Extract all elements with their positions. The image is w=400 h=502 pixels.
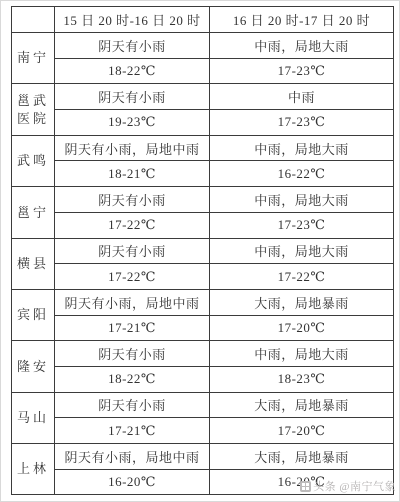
weather-cell: 阴天有小雨，局地中雨 xyxy=(55,444,210,470)
weather-cell: 中雨，局地大雨 xyxy=(210,33,394,59)
temp-cell: 17-22℃ xyxy=(210,264,394,290)
temp-cell: 16-20℃ xyxy=(55,469,210,495)
location-nanning: 南宁 xyxy=(12,33,55,84)
weather-cell: 中雨，局地大雨 xyxy=(210,341,394,367)
weather-cell: 阴天有小雨，局地中雨 xyxy=(55,135,210,161)
temp-cell: 17-23℃ xyxy=(210,58,394,84)
temp-cell: 16-22℃ xyxy=(210,161,394,187)
weather-cell: 阴天有小雨 xyxy=(55,238,210,264)
location-yongning: 邕宁 xyxy=(12,187,55,238)
weather-cell: 阴天有小雨 xyxy=(55,392,210,418)
temp-cell: 17-20℃ xyxy=(210,418,394,444)
location-shanglin: 上林 xyxy=(12,444,55,495)
table-row: 邕宁 阴天有小雨 中雨，局地大雨 xyxy=(12,187,394,213)
table-row: 18-22℃ 18-23℃ xyxy=(12,366,394,392)
weather-cell: 大雨，局地暴雨 xyxy=(210,444,394,470)
weather-cell: 阴天有小雨 xyxy=(55,33,210,59)
location-yongwu-hospital: 邕武医院 xyxy=(12,84,55,135)
temp-cell: 18-22℃ xyxy=(55,58,210,84)
temp-cell: 17-21℃ xyxy=(55,315,210,341)
weather-forecast-table: 15 日 20 时-16 日 20 时 16 日 20 时-17 日 20 时 … xyxy=(11,6,394,495)
weather-cell: 中雨，局地大雨 xyxy=(210,238,394,264)
table-row: 17-21℃ 17-20℃ xyxy=(12,418,394,444)
table-row: 武鸣 阴天有小雨，局地中雨 中雨，局地大雨 xyxy=(12,135,394,161)
temp-cell: 17-22℃ xyxy=(55,212,210,238)
table-row: 18-22℃ 17-23℃ xyxy=(12,58,394,84)
watermark: 头条 @南宁气象 xyxy=(300,478,396,494)
weather-cell: 阴天有小雨，局地中雨 xyxy=(55,289,210,315)
watermark-text: 头条 @南宁气象 xyxy=(313,478,396,494)
toutiao-logo-icon xyxy=(300,481,311,492)
location-binyang: 宾阳 xyxy=(12,289,55,340)
location-longan: 隆安 xyxy=(12,341,55,392)
temp-cell: 17-20℃ xyxy=(210,315,394,341)
table-row: 17-22℃ 17-22℃ xyxy=(12,264,394,290)
weather-cell: 阴天有小雨 xyxy=(55,341,210,367)
temp-cell: 17-22℃ xyxy=(55,264,210,290)
weather-cell: 大雨，局地暴雨 xyxy=(210,392,394,418)
table-row: 17-21℃ 17-20℃ xyxy=(12,315,394,341)
temp-cell: 18-23℃ xyxy=(210,366,394,392)
header-corner-cell xyxy=(12,7,55,33)
location-wuming: 武鸣 xyxy=(12,135,55,186)
weather-cell: 中雨 xyxy=(210,84,394,110)
table-row: 邕武医院 阴天有小雨 中雨 xyxy=(12,84,394,110)
temp-cell: 18-21℃ xyxy=(55,161,210,187)
table-row: 17-22℃ 17-23℃ xyxy=(12,212,394,238)
table-row: 马山 阴天有小雨 大雨，局地暴雨 xyxy=(12,392,394,418)
temp-cell: 18-22℃ xyxy=(55,366,210,392)
location-hengxian: 横县 xyxy=(12,238,55,289)
table-row: 隆安 阴天有小雨 中雨，局地大雨 xyxy=(12,341,394,367)
table-row: 19-23℃ 17-23℃ xyxy=(12,110,394,136)
header-row: 15 日 20 时-16 日 20 时 16 日 20 时-17 日 20 时 xyxy=(12,7,394,33)
table-row: 上林 阴天有小雨，局地中雨 大雨，局地暴雨 xyxy=(12,444,394,470)
location-mashan: 马山 xyxy=(12,392,55,443)
weather-cell: 阴天有小雨 xyxy=(55,187,210,213)
header-period2: 16 日 20 时-17 日 20 时 xyxy=(210,7,394,33)
table-row: 宾阳 阴天有小雨，局地中雨 大雨，局地暴雨 xyxy=(12,289,394,315)
table-row: 18-21℃ 16-22℃ xyxy=(12,161,394,187)
weather-cell: 大雨，局地暴雨 xyxy=(210,289,394,315)
weather-cell: 阴天有小雨 xyxy=(55,84,210,110)
weather-cell: 中雨，局地大雨 xyxy=(210,187,394,213)
header-period1: 15 日 20 时-16 日 20 时 xyxy=(55,7,210,33)
temp-cell: 17-21℃ xyxy=(55,418,210,444)
forecast-image: 15 日 20 时-16 日 20 时 16 日 20 时-17 日 20 时 … xyxy=(0,0,400,502)
weather-cell: 中雨，局地大雨 xyxy=(210,135,394,161)
table-row: 南宁 阴天有小雨 中雨，局地大雨 xyxy=(12,33,394,59)
table-row: 横县 阴天有小雨 中雨，局地大雨 xyxy=(12,238,394,264)
temp-cell: 17-23℃ xyxy=(210,212,394,238)
temp-cell: 17-23℃ xyxy=(210,110,394,136)
temp-cell: 19-23℃ xyxy=(55,110,210,136)
